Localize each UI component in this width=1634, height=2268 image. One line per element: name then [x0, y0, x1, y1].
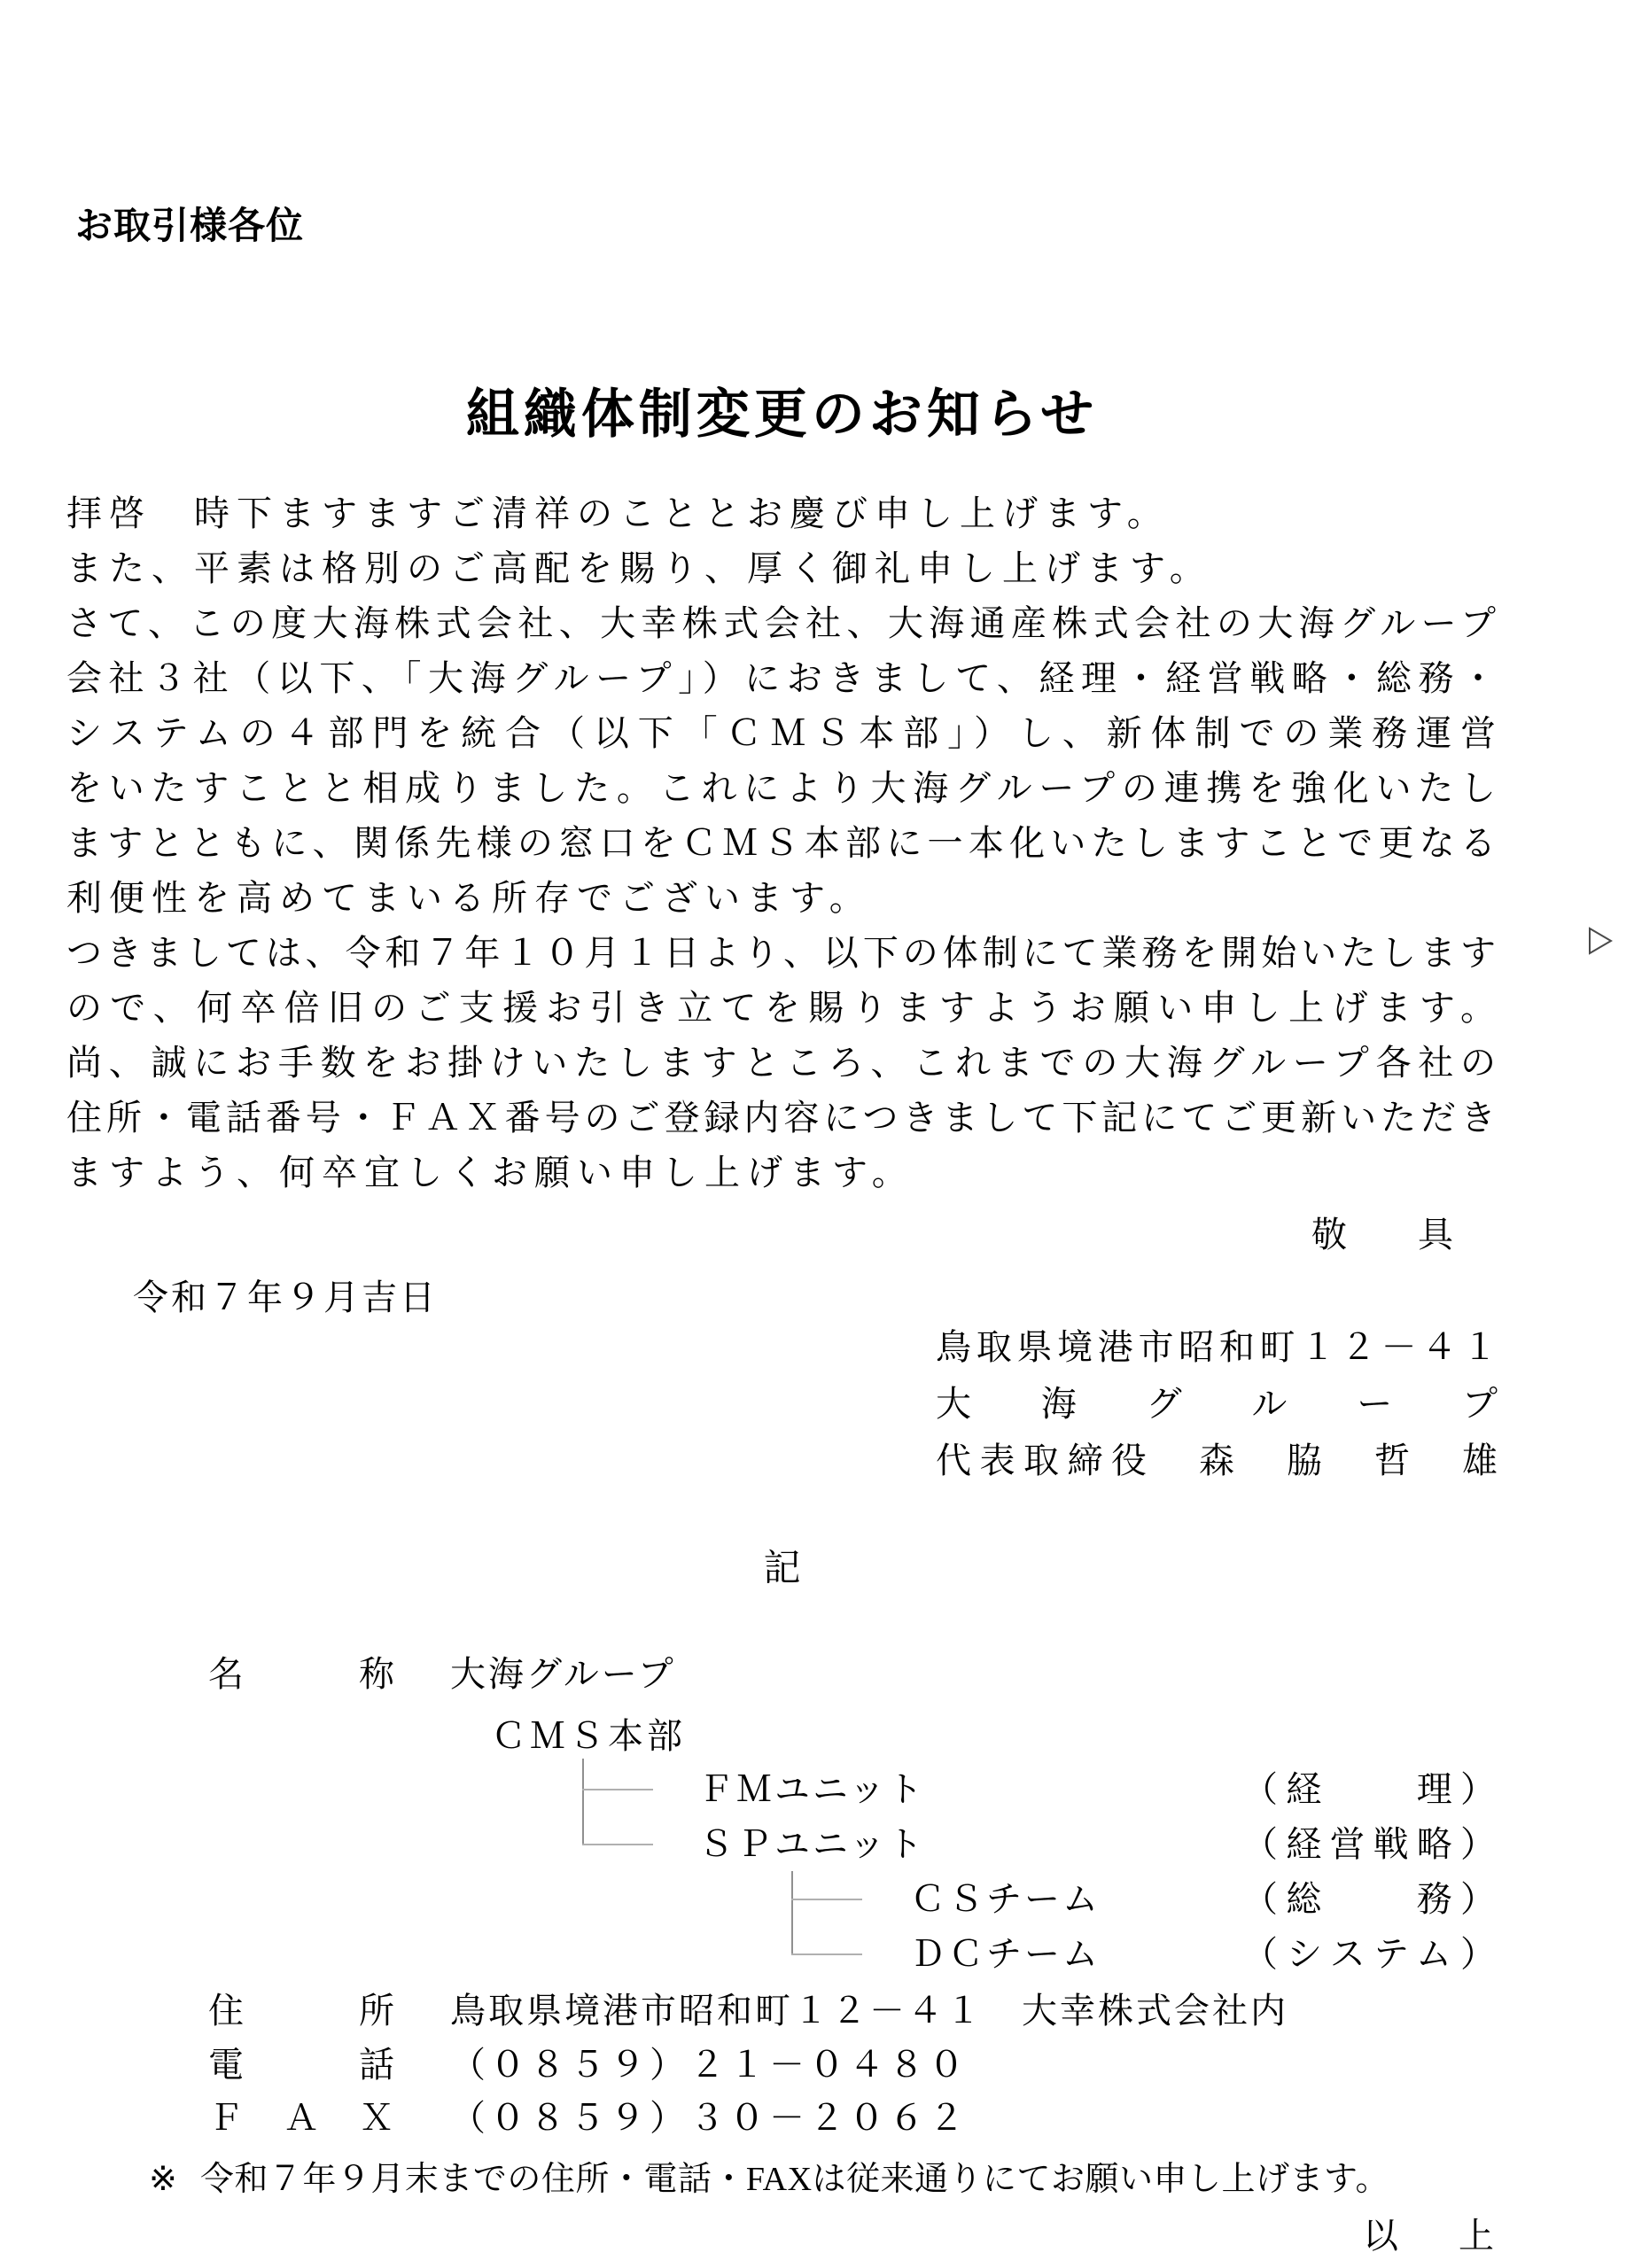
org-name-value: 大海グループ	[450, 1646, 676, 1697]
contact-address-label: 住 所	[208, 1983, 396, 2033]
org-unit-name: ＤＣチーム	[910, 1926, 1101, 1977]
org-division: ＣＭＳ本部	[491, 1708, 686, 1759]
body-line: ますとともに、関係先様の窓口をＣＭＳ本部に一本化いたしますことで更なる	[66, 816, 1498, 871]
contact-tel-label: 電 話	[208, 2037, 396, 2087]
body-line: をいたすことと相成りました。これにより大海グループの連携を強化いたし	[66, 761, 1498, 816]
org-tree-connector-vertical-1	[582, 1759, 584, 1845]
org-unit-dept: （経 理）	[1242, 1761, 1498, 1812]
body-line: 住所・電話番号・ＦＡＸ番号のご登録内容につきまして下記にてご更新いただき	[66, 1091, 1498, 1146]
body-line: つきましては、令和７年１０月１日より、以下の体制にて業務を開始いたします	[66, 926, 1498, 981]
body-line: 利便性を高めてまいる所存でございます。	[66, 871, 1498, 926]
reference-mark: ※	[149, 2161, 177, 2198]
contact-fax-value: （０８５９）３０－２０６２	[450, 2090, 969, 2140]
body-line: さて、この度大海株式会社、大幸株式会社、大海通産株式会社の大海グループ	[66, 596, 1498, 651]
body-line: ますよう、何卒宜しくお願い申し上げます。	[66, 1146, 1498, 1200]
body-line: 拝啓 時下ますますご清祥のこととお慶び申し上げます。	[66, 486, 1498, 541]
org-unit-name: ＳＰユニット	[698, 1816, 925, 1867]
org-unit-dept: （経営戦略）	[1242, 1816, 1498, 1867]
triangle-marker-icon	[1588, 927, 1613, 959]
sender-block: 鳥取県境港市昭和町１２－４１ 大 海 グ ル ー プ 代表取締役 森 脇 哲 雄	[936, 1319, 1499, 1489]
body-line: ので、何卒倍旧のご支援お引き立てを賜りますようお願い申し上げます。	[66, 981, 1498, 1036]
org-tree-connector-tick-sp	[582, 1844, 653, 1845]
footnote: ※令和７年９月末までの住所・電話・FAXは従来通りにてお願い申し上げます。	[149, 2151, 1389, 2200]
sender-address: 鳥取県境港市昭和町１２－４１	[936, 1319, 1499, 1376]
footnote-text: 令和７年９月末までの住所・電話・FAXは従来通りにてお願い申し上げます。	[200, 2161, 1389, 2198]
contact-address-value: 鳥取県境港市昭和町１２－４１ 大幸株式会社内	[450, 1983, 1288, 2033]
date-line: 令和７年９月吉日	[133, 1270, 438, 1320]
page-title: 組織体制変更のお知らせ	[66, 372, 1498, 448]
letter-body: 拝啓 時下ますますご清祥のこととお慶び申し上げます。 また、平素は格別のご高配を…	[66, 486, 1498, 1200]
body-line: また、平素は格別のご高配を賜り、厚く御礼申し上げます。	[66, 541, 1498, 596]
closing-text: 敬 具	[1311, 1215, 1471, 1254]
org-name-label: 名 称	[208, 1646, 396, 1697]
org-tree-connector-vertical-2	[791, 1871, 793, 1954]
body-line: 会社３社（以下、「大海グループ」）におきまして、経理・経営戦略・総務・	[66, 651, 1498, 706]
sender-representative: 代表取締役 森 脇 哲 雄	[936, 1433, 1499, 1489]
body-line: 尚、誠にお手数をお掛けいたしますところ、これまでの大海グループ各社の	[66, 1036, 1498, 1091]
body-line: システムの４部門を統合（以下「ＣＭＳ本部」）し、新体制での業務運営	[66, 706, 1498, 761]
contact-tel-value: （０８５９）２１－０４８０	[450, 2037, 969, 2087]
org-unit-dept: （総 務）	[1242, 1871, 1498, 1922]
recipient-line: お取引様各位	[75, 197, 304, 250]
sender-company: 大 海 グ ル ー プ	[936, 1376, 1499, 1433]
record-mark: 記	[66, 1539, 1498, 1592]
letter-page: お取引様各位 組織体制変更のお知らせ 拝啓 時下ますますご清祥のこととお慶び申し…	[0, 0, 1634, 2268]
org-tree-connector-tick-fm	[582, 1789, 653, 1790]
org-unit-name: ＣＳチーム	[910, 1871, 1101, 1922]
org-unit-name: ＦＭユニット	[698, 1761, 925, 1812]
org-tree-connector-tick-cs	[791, 1899, 862, 1900]
end-mark: 以 上	[66, 2208, 1506, 2258]
org-tree-connector-tick-dc	[791, 1953, 862, 1955]
org-unit-dept: （システム）	[1242, 1926, 1498, 1977]
contact-fax-label: ＦＡＸ	[208, 2090, 396, 2140]
closing-word: 敬 具	[66, 1207, 1498, 1257]
